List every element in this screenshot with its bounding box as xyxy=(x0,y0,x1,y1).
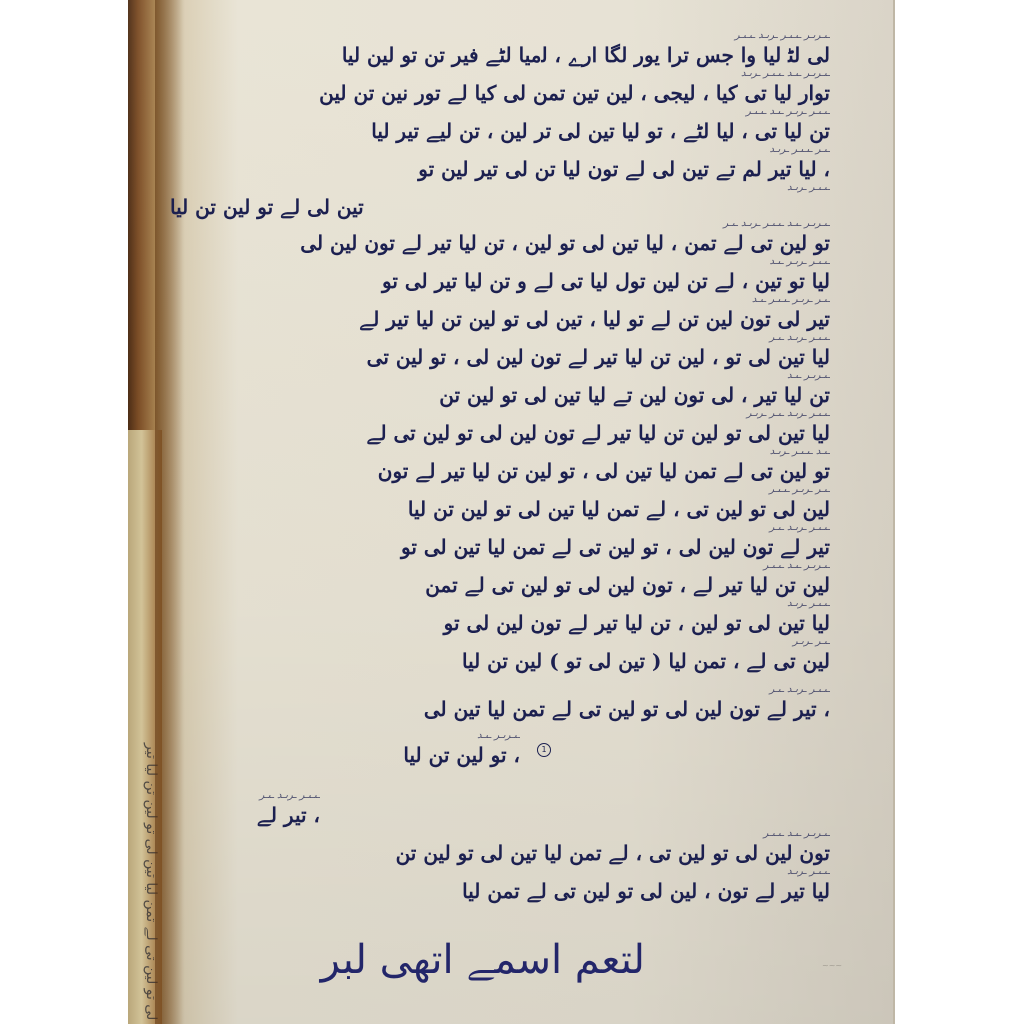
interlinear-gloss: ـىـىـر ـرىـد ـىـر xyxy=(170,522,830,534)
manuscript-line: ﺗﯿﻦ ﻟﯽ ﻟﮯ ﺗﻮ ﻟﯿﻦ ﺗﻦ ﻟﯿﺎ xyxy=(170,194,830,220)
manuscript-line: ، ﺗﻮ ﻟﯿﻦ ﺗﻦ ﻟﯿﺎ xyxy=(190,742,520,768)
interlinear-gloss: ـىـر ـىـىـر ـرىـد xyxy=(170,144,830,156)
interlinear-gloss: ـىـرىـر ـىـد ـىـىـر xyxy=(170,560,830,572)
interlinear-gloss: ـىـىـر ـرىـد ـىـر xyxy=(200,790,320,802)
manuscript-line: ﻟﯿﻦ ﻟﯽ ﺗﻮ ﻟﯿﻦ ﺗﯽ ، ﻟﮯ ﺗﻤﻦ ﻟﯿﺎ ﺗﯿﻦ ﻟﯽ ﺗﻮ … xyxy=(170,496,830,522)
manuscript-line: ﺗﻮ ﻟﯿﻦ ﺗﯽ ﻟﮯ ﺗﻤﻦ ، ﻟﯿﺎ ﺗﯿﻦ ﻟﯽ ﺗﻮ ﻟﯿﻦ ، ﺗ… xyxy=(170,230,830,256)
paragraph-5: ـىـرىـر ـىـد ـىـىـر ﺗﻮﻥ ﻟﯿﻦ ﻟﯽ ﺗﻮ ﻟﯿﻦ ﺗﯽ… xyxy=(170,828,830,904)
paragraph-1-end: ـىـىـر ـرىـد ﺗﯿﻦ ﻟﯽ ﻟﮯ ﺗﻮ ﻟﯿﻦ ﺗﻦ ﻟﯿﺎ xyxy=(170,182,830,220)
manuscript-line: ، ﻟﯿﺎ ﺗﯿﺮ ﻟﻢ ﺗﮯ ﺗﯿﻦ ﻟﯽ ﻟﮯ ﺗﻮﻥ ﻟﯿﺎ ﺗﻦ ﻟﯽ … xyxy=(170,156,830,182)
interlinear-gloss: ـىـىـر ـرىـد xyxy=(170,598,830,610)
manuscript-line: ، ﺗﯿﺮ ﻟﮯ ﺗﻮﻥ ﻟﯿﻦ ﻟﯽ ﺗﻮ ﻟﯿﻦ ﺗﯽ ﻟﮯ ﺗﻤﻦ ﻟﯿﺎ… xyxy=(170,696,830,722)
library-stamp: ~~~ xyxy=(822,961,842,970)
manuscript-line: ﻟﯿﺎ ﺗﯿﻦ ﻟﯽ ﺗﻮ ﻟﯿﻦ ﺗﻦ ﻟﯿﺎ ﺗﯿﺮ ﻟﮯ ﺗﻮﻥ ﻟﯿﻦ … xyxy=(170,420,830,446)
interlinear-gloss: ـىـىـر ـرىـد xyxy=(170,182,830,194)
interlinear-gloss: ـىـىـر ـرىـد xyxy=(170,866,830,878)
footnote-marker: 1 xyxy=(537,743,551,757)
manuscript-line: ﺗﻦ ﻟﯿﺎ ﺗﯿﺮ ، ﻟﯽ ﺗﻮﻥ ﻟﯿﻦ ﺗﮯ ﻟﯿﺎ ﺗﯿﻦ ﻟﯽ ﺗﻮ… xyxy=(170,382,830,408)
signature: ﻟﺘﻌﻢ ﺍﺳﻤﮯ ﺍﺗﮭﯽ ﻟﺒﺮ xyxy=(385,925,645,995)
interlinear-gloss: ـىـر ـرىـر xyxy=(170,636,830,648)
interlinear-gloss: ـىـىـر ـرىـد ـىـر xyxy=(170,684,830,696)
interlinear-gloss: ـىـىـر ـرىـر ـىـد ـىـىـر xyxy=(170,106,830,118)
manuscript-line: ﺗﯿﺮ ﻟﮯ ﺗﻮﻥ ﻟﯿﻦ ﻟﯽ ، ﺗﻮ ﻟﯿﻦ ﺗﯽ ﻟﮯ ﺗﻤﻦ ﻟﯿﺎ… xyxy=(170,534,830,560)
interlinear-gloss: ـىـرىـر ـىـد ـىـىـر ـرىـد xyxy=(170,68,830,80)
paragraph-2: ـىـرىـر ـىـد ـىـىـر ـرىـد ـىـر ﺗﻮ ﻟﯿﻦ ﺗﯽ… xyxy=(170,218,830,408)
manuscript-line-text: ﺗﯿﻦ ﻟﯽ ﻟﮯ ﺗﻮ ﻟﯿﻦ ﺗﻦ ﻟﯿﺎ xyxy=(170,195,364,219)
manuscript-line: ﺗﻮﺍﺭ ﻟﯿﺎ ﺗﯽ ﮐﯿﺎ ، ﻟﯿﺠﯽ ، ﻟﯿﻦ ﺗﯿﻦ ﺗﻤﻦ ﻟﯽ … xyxy=(170,80,830,106)
manuscript-line: ﺗﯿﺮ ﻟﯽ ﺗﻮﻥ ﻟﯿﻦ ﺗﻦ ﻟﮯ ﺗﻮ ﻟﯿﺎ ، ﺗﯿﻦ ﻟﯽ ﺗﻮ … xyxy=(170,306,830,332)
manuscript-line: ﺗﻮ ﻟﯿﻦ ﺗﯽ ﻟﮯ ﺗﻤﻦ ﻟﯿﺎ ﺗﯿﻦ ﻟﯽ ، ﺗﻮ ﻟﯿﻦ ﺗﻦ … xyxy=(170,458,830,484)
interlinear-gloss: ـىـىـر ـرىـر ـىـد xyxy=(170,256,830,268)
manuscript-line: ﻟﯿﻦ ﺗﯽ ﻟﮯ ، ﺗﻤﻦ ﻟﯿﺎ ( ﺗﯿﻦ ﻟﯽ ﺗﻮ ) ﻟﯿﻦ ﺗﻦ… xyxy=(170,648,830,674)
interlinear-gloss: ـىـد ـىـىـر ـرىـد xyxy=(170,446,830,458)
manuscript-line: ﻟﯿﻦ ﺗﻦ ﻟﯿﺎ ﺗﯿﺮ ﻟﮯ ، ﺗﻮﻥ ﻟﯿﻦ ﻟﯽ ﺗﻮ ﻟﯿﻦ ﺗﯽ… xyxy=(170,572,830,598)
manuscript-line: ﺗﻮﻥ ﻟﯿﻦ ﻟﯽ ﺗﻮ ﻟﯿﻦ ﺗﯽ ، ﻟﮯ ﺗﻤﻦ ﻟﯿﺎ ﺗﯿﻦ ﻟﯽ… xyxy=(170,840,830,866)
manuscript-line: ﺗﻦ ﻟﯿﺎ ﺗﯽ ، ﻟﯿﺎ ﻟﭩﮯ ، ﺗﻮ ﻟﯿﺎ ﺗﯿﻦ ﻟﯽ ﺗﺮ ﻟ… xyxy=(170,118,830,144)
interlinear-gloss: ـىـىـر ـرىـد ـىـر xyxy=(170,332,830,344)
interlinear-gloss: ـىـرىـر ـىـد xyxy=(170,370,830,382)
paragraph-5-start: ـىـىـر ـرىـد ـىـر ، ﺗﯿﺮ ﻟﮯ xyxy=(200,790,320,828)
interlinear-gloss: ـىـر ـرىـر ـىـىـر xyxy=(170,484,830,496)
paragraph-3: ـىـىـر ـرىـد ـىـر ـرىـر ﻟﯿﺎ ﺗﯿﻦ ﻟﯽ ﺗﻮ ﻟﯿ… xyxy=(170,408,830,674)
manuscript-line: ﻟﯿﺎ ﺗﯿﻦ ﻟﯽ ﺗﻮ ، ﻟﯿﻦ ﺗﻦ ﻟﯿﺎ ﺗﯿﺮ ﻟﮯ ﺗﻮﻥ ﻟﯿ… xyxy=(170,344,830,370)
manuscript-line: ﻟﯽ ﻟﭩ ﻟﯿﺎ ﻭﺍ ﺟﺲ ﺗﺮﺍ ﯾﻮﺭ ﻟﮕﺎ ﺍﺭﮮ ، ﻟﻣﯿﺎ ﻟ… xyxy=(170,42,830,68)
interlinear-gloss: ـىـرىـر ـىـد ـىـىـر xyxy=(170,828,830,840)
interlinear-gloss: ـىـرىـر ـىـىـر ـرىـد ـىـىـر xyxy=(170,30,830,42)
interlinear-gloss: ـىـرىـر ـىـد xyxy=(190,730,520,742)
paragraph-1: ـىـرىـر ـىـىـر ـرىـد ـىـىـر ﻟﯽ ﻟﭩ ﻟﯿﺎ ﻭﺍ… xyxy=(170,30,830,182)
manuscript-line: ﻟﯿﺎ ﺗﻮ ﺗﯿﻦ ، ﻟﮯ ﺗﻦ ﻟﯿﻦ ﺗﻮﻝ ﻟﯿﺎ ﺗﯽ ﻟﮯ ﻭ ﺗ… xyxy=(170,268,830,294)
manuscript-line: ، ﺗﯿﺮ ﻟﮯ xyxy=(200,802,320,828)
paragraph-4-end: ـىـرىـر ـىـد ، ﺗﻮ ﻟﯿﻦ ﺗﻦ ﻟﯿﺎ xyxy=(190,730,520,768)
manuscript-line: ﻟﯿﺎ ﺗﯿﺮ ﻟﮯ ﺗﻮﻥ ، ﻟﯿﻦ ﻟﯽ ﺗﻮ ﻟﯿﻦ ﺗﯽ ﻟﮯ ﺗﻤﻦ… xyxy=(170,878,830,904)
interlinear-gloss: ـىـر ـرىـر ـىـىـر ـىـد xyxy=(170,294,830,306)
page-edge xyxy=(893,0,895,1024)
paragraph-4: ـىـىـر ـرىـد ـىـر ، ﺗﯿﺮ ﻟﮯ ﺗﻮﻥ ﻟﯿﻦ ﻟﯽ ﺗﻮ… xyxy=(170,684,830,722)
manuscript-line: ﻟﯿﺎ ﺗﯿﻦ ﻟﯽ ﺗﻮ ﻟﯿﻦ ، ﺗﻦ ﻟﯿﺎ ﺗﯿﺮ ﻟﮯ ﺗﻮﻥ ﻟﯿ… xyxy=(170,610,830,636)
interlinear-gloss: ـىـىـر ـرىـد ـىـر ـرىـر xyxy=(170,408,830,420)
interlinear-gloss: ـىـرىـر ـىـد ـىـىـر ـرىـد ـىـر xyxy=(170,218,830,230)
